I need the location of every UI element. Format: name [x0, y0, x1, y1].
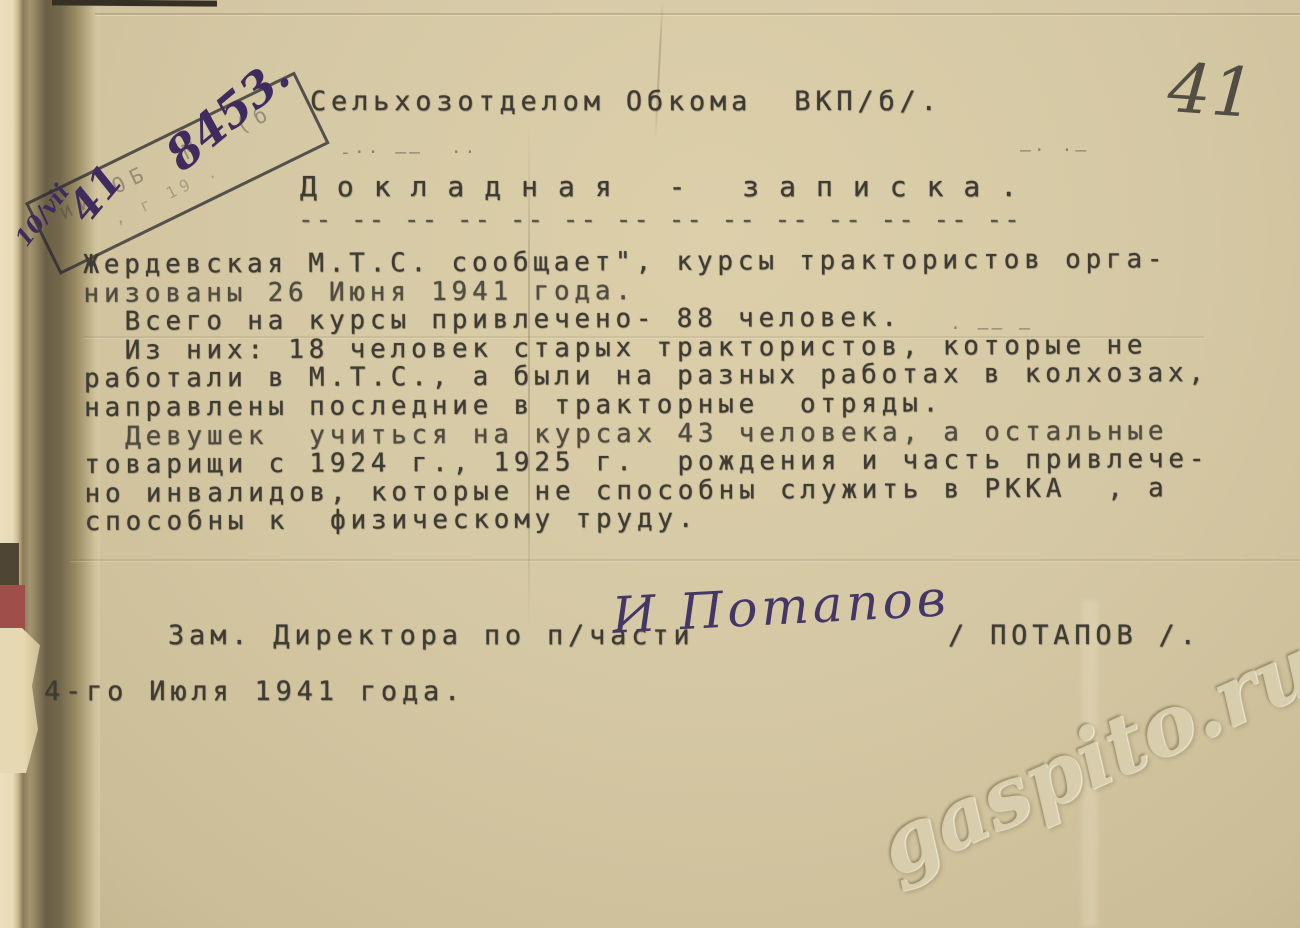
fold-crease-lower: [70, 559, 1300, 561]
binding-red-band: [0, 585, 25, 632]
ink-smudge: –· ·–: [1020, 140, 1089, 161]
ink-smudge: -·· –– ··: [340, 142, 478, 163]
binding-dark-patch: [0, 543, 19, 587]
document-scan: 41 ий ОБ М (б , г 19 . 8453. 41 10/vii С…: [0, 0, 1300, 928]
fold-crease-top: [95, 13, 1300, 15]
typed-signer-name: / ПОТАПОВ /.: [948, 620, 1201, 651]
typed-line: способны к физическому труду.: [85, 502, 1210, 536]
page-number: 41: [1165, 49, 1257, 134]
scan-top-edge: [52, 0, 217, 7]
typed-line: низованы 26 Июня 1941 года.: [83, 274, 1208, 308]
typed-line: Девушек учиться на курсах 43 человека, а…: [84, 417, 1209, 451]
document-title: Докладная - записка.: [300, 170, 1037, 203]
vertical-crease-top: [654, 0, 663, 140]
handwritten-signature: И Потапов: [611, 569, 951, 645]
addressee-line: Сельхозотделом Обкома ВКП/б/.: [310, 86, 942, 117]
body-text: Жердевская М.Т.С. сообщает", курсы тракт…: [83, 245, 1209, 537]
typed-line: работали в М.Т.С., а были на разных рабо…: [84, 359, 1209, 393]
document-date: 4-го Июля 1941 года.: [44, 676, 465, 707]
title-underline-dashes: -- -- -- -- -- -- -- -- -- -- -- -- -- -…: [298, 205, 1022, 235]
